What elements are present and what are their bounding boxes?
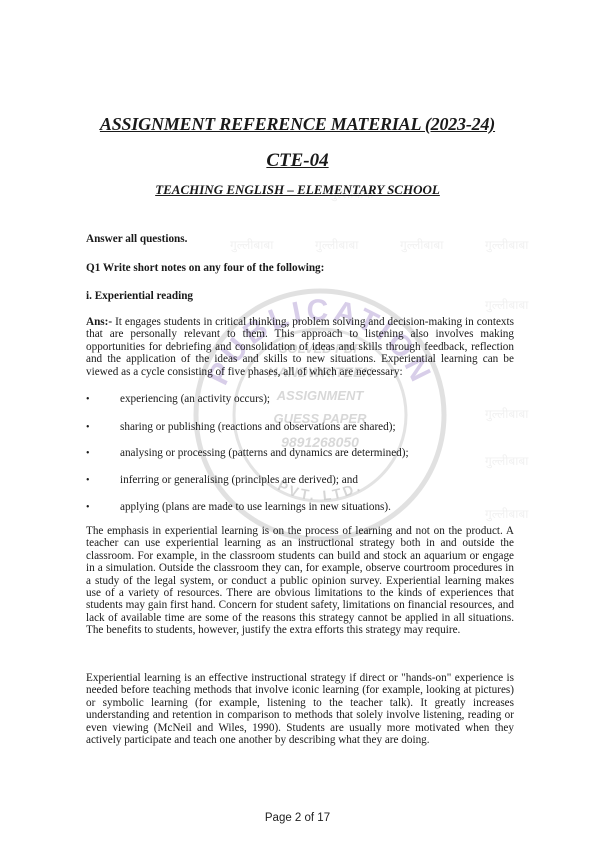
- svg-text:ASSIGNMENT: ASSIGNMENT: [276, 388, 365, 403]
- document-title: ASSIGNMENT REFERENCE MATERIAL (2023-24): [0, 114, 595, 135]
- phase-list-item: •inferring or generalising (principles a…: [86, 474, 358, 487]
- subpart-heading: i. Experiential reading: [86, 290, 514, 302]
- phase-text: inferring or generalising (principles ar…: [120, 474, 358, 486]
- phase-text: experiencing (an activity occurs);: [120, 393, 270, 405]
- phase-text: analysing or processing (patterns and dy…: [120, 447, 409, 459]
- course-code: CTE-04: [0, 150, 595, 172]
- answer-intro-text: It engages students in critical thinking…: [86, 316, 514, 378]
- body-paragraph-2: Experiential learning is an effective in…: [86, 672, 514, 746]
- bullet-icon: •: [86, 474, 120, 487]
- document-page: गुल्लीबाबा गुल्लीबाबा गुल्लीबाबा गुल्लीब…: [0, 0, 595, 841]
- answer-intro-paragraph: Ans:- It engages students in critical th…: [86, 316, 514, 378]
- background-watermark-text: गुल्लीबाबा: [485, 505, 528, 522]
- bullet-icon: •: [86, 393, 120, 406]
- background-watermark-text: गुल्लीबाबा: [485, 405, 528, 422]
- answer-prefix: Ans:-: [86, 316, 112, 328]
- background-watermark-text: गुल्लीबाबा: [485, 452, 528, 469]
- phase-list-item: •sharing or publishing (reactions and ob…: [86, 421, 396, 434]
- body-paragraph-1: The emphasis in experiential learning is…: [86, 525, 514, 637]
- page-number: Page 2 of 17: [0, 812, 595, 824]
- instructions: Answer all questions.: [86, 233, 514, 245]
- bullet-icon: •: [86, 421, 120, 434]
- phase-text: sharing or publishing (reactions and obs…: [120, 421, 396, 433]
- phase-list-item: •analysing or processing (patterns and d…: [86, 447, 409, 460]
- course-name: TEACHING ENGLISH – ELEMENTARY SCHOOL: [0, 182, 595, 198]
- bullet-icon: •: [86, 501, 120, 514]
- phase-list-item: •experiencing (an activity occurs);: [86, 393, 270, 406]
- bullet-icon: •: [86, 447, 120, 460]
- phase-text: applying (plans are made to use learning…: [120, 501, 391, 513]
- question-heading: Q1 Write short notes on any four of the …: [86, 262, 514, 274]
- phase-list-item: •applying (plans are made to use learnin…: [86, 501, 391, 514]
